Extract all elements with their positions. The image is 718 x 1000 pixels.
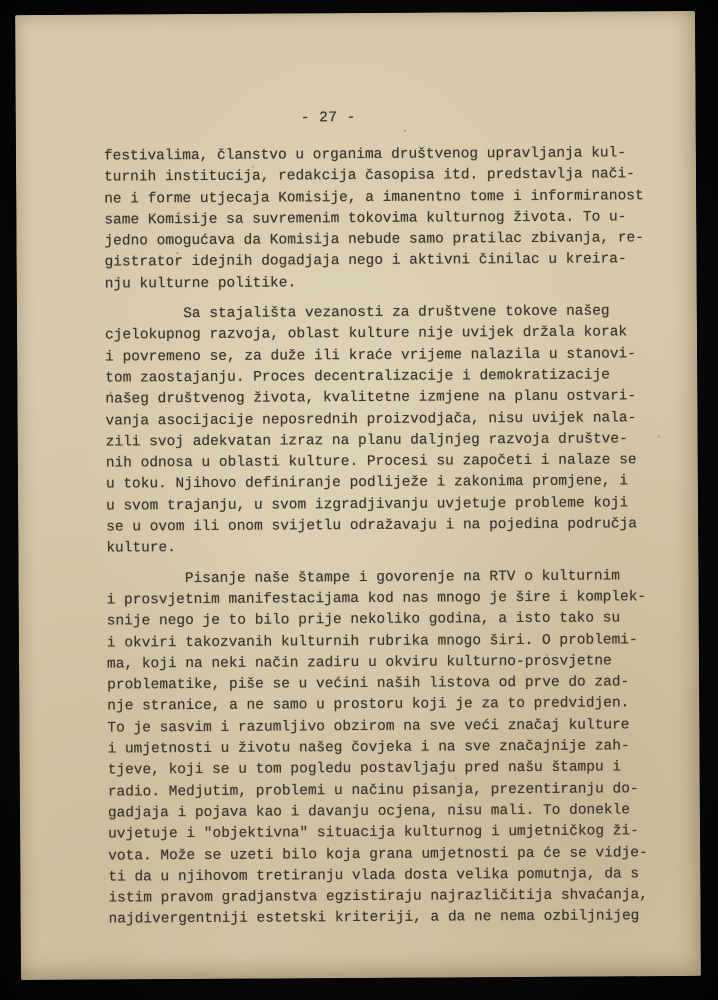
scan-speck	[658, 435, 660, 438]
paragraph-1: festivalima, članstvo u organima društve…	[104, 143, 657, 295]
page-number: - 27 -	[301, 108, 356, 129]
scan-background: - 27 - festivalima, članstvo u organima …	[0, 0, 718, 1000]
document-page: - 27 - festivalima, članstvo u organima …	[15, 11, 701, 980]
paragraph-3: Pisanje naše štampe i govorenje na RTV o…	[106, 566, 660, 931]
scan-speck	[404, 130, 406, 132]
paragraph-2: Sa stajališta vezanosti za društvene tok…	[105, 301, 659, 560]
